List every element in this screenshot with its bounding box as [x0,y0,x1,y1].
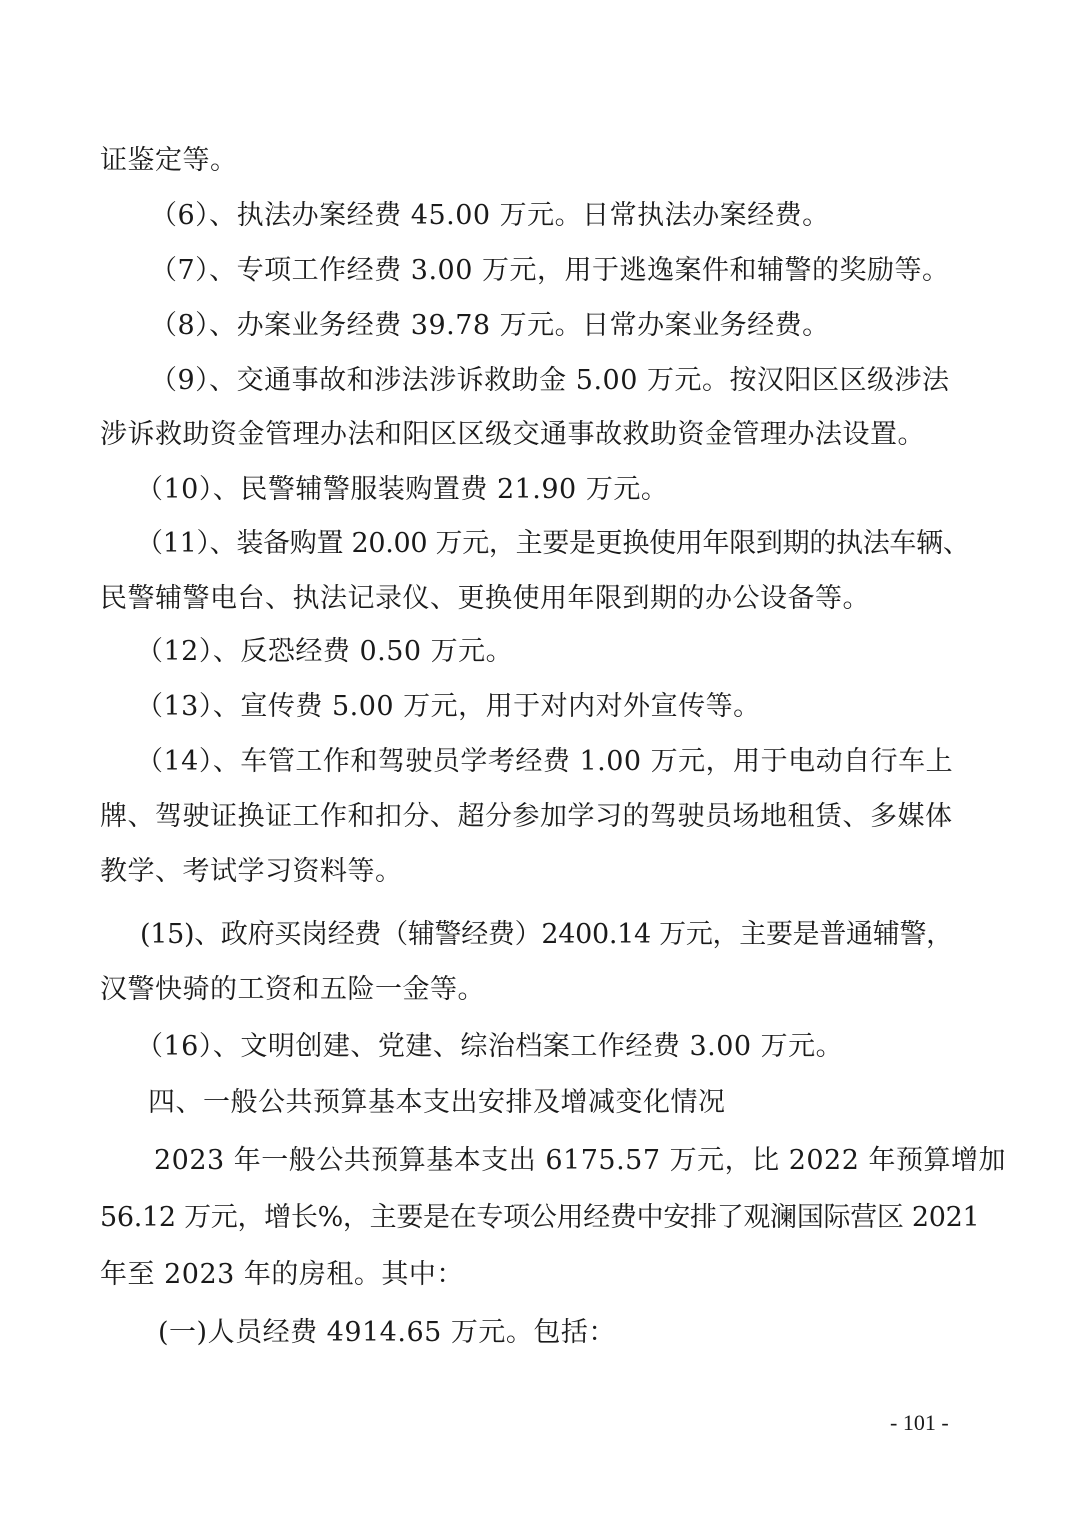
list-item-9: （9）、交通事故和涉法涉诉救助金 5.00 万元。按汉阳区区级涉法 [150,364,949,398]
section-heading: 四、一般公共预算基本支出安排及增减变化情况 [148,1086,726,1120]
list-item-13: （13）、宣传费 5.00 万元，用于对内对外宣传等。 [136,690,761,724]
paragraph-line: 56.12 万元，增长%，主要是在专项公用经费中安排了观澜国际营区 2021 [100,1201,979,1235]
page-number: - 101 - [890,1408,949,1438]
list-item-11-continued: 民警辅警电台、执法记录仪、更换使用年限到期的办公设备等。 [100,582,870,616]
list-item-14: （14）、车管工作和驾驶员学考经费 1.00 万元，用于电动自行车上 [136,745,953,779]
list-item-15: (15)、政府买岗经费（辅警经费）2400.14 万元，主要是普通辅警， [140,918,953,952]
list-item-15-continued: 汉警快骑的工资和五险一金等。 [100,973,485,1007]
list-item-8: （8）、办案业务经费 39.78 万元。日常办案业务经费。 [150,309,830,343]
list-item-16: （16）、文明创建、党建、综治档案工作经费 3.00 万元。 [136,1030,843,1064]
list-item-12: （12）、反恐经费 0.50 万元。 [136,635,513,669]
list-item-11: （11）、装备购置 20.00 万元，主要是更换使用年限到期的执法车辆、 [136,527,970,561]
list-item-7: （7）、专项工作经费 3.00 万元，用于逃逸案件和辅警的奖励等。 [150,254,949,288]
list-item-6: （6）、执法办案经费 45.00 万元。日常执法办案经费。 [150,199,830,233]
text-line: 证鉴定等。 [100,144,238,178]
list-item-14-continued: 牌、驾驶证换证工作和扣分、超分参加学习的驾驶员场地租赁、多媒体 [100,800,953,834]
list-item-9-continued: 涉诉救助资金管理办法和阳区区级交通事故救助资金管理办法设置。 [100,418,925,452]
paragraph-line: 年至 2023 年的房租。其中： [100,1258,464,1292]
paragraph-line: 2023 年一般公共预算基本支出 6175.57 万元，比 2022 年预算增加 [154,1144,1006,1178]
list-item-14-continued-2: 教学、考试学习资料等。 [100,855,403,889]
document-page: 证鉴定等。 （6）、执法办案经费 45.00 万元。日常执法办案经费。 （7）、… [0,0,1074,1520]
list-item-10: （10）、民警辅警服装购置费 21.90 万元。 [136,473,668,507]
subsection-heading: (一)人员经费 4914.65 万元。包括： [158,1316,616,1350]
